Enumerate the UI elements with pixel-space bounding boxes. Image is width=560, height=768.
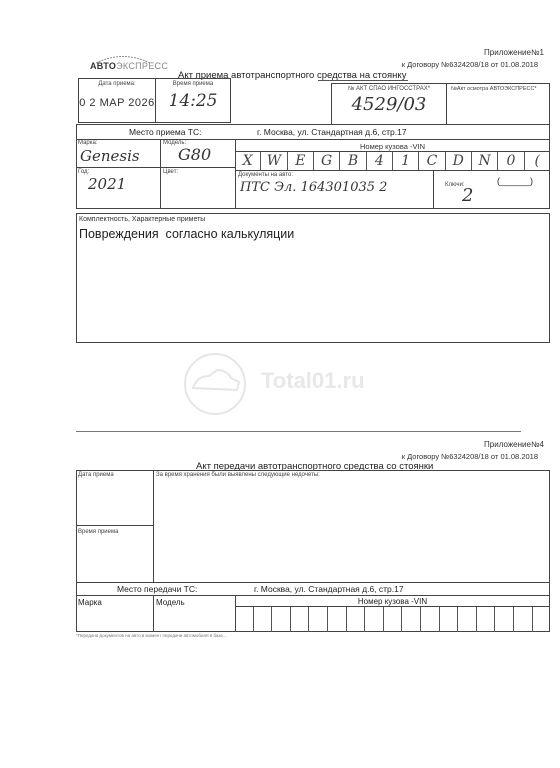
vin-cell	[458, 607, 477, 632]
vin-cell	[533, 607, 551, 632]
keys-paren: (______)	[497, 176, 533, 186]
divider	[433, 170, 434, 209]
divider	[153, 470, 154, 583]
vin-cell: G	[314, 152, 340, 170]
vin-cell	[254, 607, 273, 632]
divider	[76, 167, 235, 168]
vin-cell: (	[525, 152, 550, 170]
vin-cell	[421, 607, 440, 632]
vin-cell: W	[261, 152, 287, 170]
title-underline	[318, 80, 408, 81]
defects-label: За время хранения были выявлены следующи…	[156, 472, 320, 478]
color-label: Цвет:	[163, 169, 178, 175]
vin-cell	[328, 607, 347, 632]
handover-time-label: Время приема	[78, 529, 118, 535]
vin-cell	[365, 607, 384, 632]
act-label: № АКТ СПАО ИНГОССТРАХ*	[332, 86, 446, 92]
act-value: 4529/03	[332, 94, 446, 115]
handover-vin-cells	[235, 607, 550, 632]
vin-cell	[514, 607, 533, 632]
annex-number: Приложение№1	[484, 48, 544, 57]
model-value: G80	[178, 145, 211, 164]
footnote: *Передача документов на авто в момент пе…	[76, 633, 227, 638]
annex-number-2: Приложение№4	[484, 440, 544, 449]
page-separator	[76, 431, 521, 432]
vin-label: Номер кузова -VIN	[235, 142, 550, 151]
place-row-2: Место передачи ТС: г. Москва, ул. Станда…	[76, 582, 550, 596]
vin-cell: B	[340, 152, 366, 170]
vin-cell: N	[472, 152, 498, 170]
vin-cell	[495, 607, 514, 632]
vin-cell	[309, 607, 328, 632]
vin-cell	[347, 607, 366, 632]
contract-reference-2: к Договору №6324208/18 от 01.08.2018	[402, 452, 538, 461]
make-value: Genesis	[80, 147, 140, 165]
vin-cell	[440, 607, 459, 632]
handover-make-label: Марка	[78, 598, 102, 607]
handover-table	[76, 470, 550, 583]
logo: АВТОЭКСПРЕСС	[88, 52, 158, 74]
handover-model-label: Модель	[156, 598, 185, 607]
contract-reference: к Договору №6324208/18 от 01.08.2018	[402, 60, 538, 69]
handover-vin-label: Номер кузова -VIN	[235, 597, 550, 606]
handover-place-label: Место передачи ТС:	[117, 584, 197, 594]
time-label: Время приема	[156, 81, 230, 87]
vin-cell	[384, 607, 403, 632]
date-label: Дата приема:	[79, 81, 155, 87]
time-received-box: Время приема 14:25	[155, 78, 231, 123]
vin-cell	[272, 607, 291, 632]
keys-value: 2	[462, 185, 473, 206]
notes-label: Комплектность, Характерные приметы	[79, 216, 549, 223]
vin-cell	[291, 607, 310, 632]
vin-cell: D	[446, 152, 472, 170]
logo-thin-text: ЭКСПРЕСС	[116, 61, 168, 71]
date-received-box: Дата приема: 0 2 MAP 2026	[78, 78, 156, 123]
inspection-act-box: №Акт осмотра АВТОЭКСПРЕСС*	[446, 83, 550, 125]
vin-cell: 4	[367, 152, 393, 170]
vin-cell: 1	[393, 152, 419, 170]
notes-box: Комплектность, Характерные приметы Повре…	[76, 213, 550, 343]
vin-cell	[477, 607, 496, 632]
docs-label: Документы на авто:	[238, 172, 293, 178]
car-logo-icon	[183, 352, 247, 416]
place-value: г. Москва, ул. Стандартная д.6, стр.17	[257, 127, 407, 137]
vin-cell: C	[419, 152, 445, 170]
watermark: Total01.ru	[183, 352, 403, 412]
handover-date-label: Дата приема	[78, 472, 114, 478]
year-value: 2021	[88, 175, 126, 193]
time-value: 14:25	[156, 91, 230, 111]
place-row: Место приема ТС: г. Москва, ул. Стандарт…	[76, 124, 550, 139]
make-label: Марка:	[78, 140, 98, 146]
vin-cell	[235, 607, 254, 632]
inspection-label: №Акт осмотра АВТОЭКСПРЕСС*	[451, 86, 549, 92]
docs-value: ПТС Эл. 164301035 2	[240, 180, 387, 195]
vin-cell	[402, 607, 421, 632]
date-stamp: 0 2 MAP 2026	[79, 97, 155, 109]
vin-cells: XWEGB41CDN0(	[235, 152, 550, 170]
watermark-text: Total01.ru	[261, 368, 365, 394]
divider	[76, 525, 153, 526]
place-label: Место приема ТС:	[129, 127, 201, 137]
ingosstrakh-act-box: № АКТ СПАО ИНГОССТРАХ* 4529/03	[331, 83, 447, 125]
vin-cell: X	[235, 152, 261, 170]
vin-cell: 0	[498, 152, 524, 170]
vin-cell: E	[288, 152, 314, 170]
divider	[235, 170, 550, 171]
divider	[160, 139, 161, 209]
divider	[153, 595, 154, 632]
handover-place-value: г. Москва, ул. Стандартная д.6, стр.17	[254, 584, 404, 594]
notes-value: Повреждения согласно калькуляции	[79, 227, 549, 241]
logo-bold-text: АВТО	[90, 61, 116, 71]
